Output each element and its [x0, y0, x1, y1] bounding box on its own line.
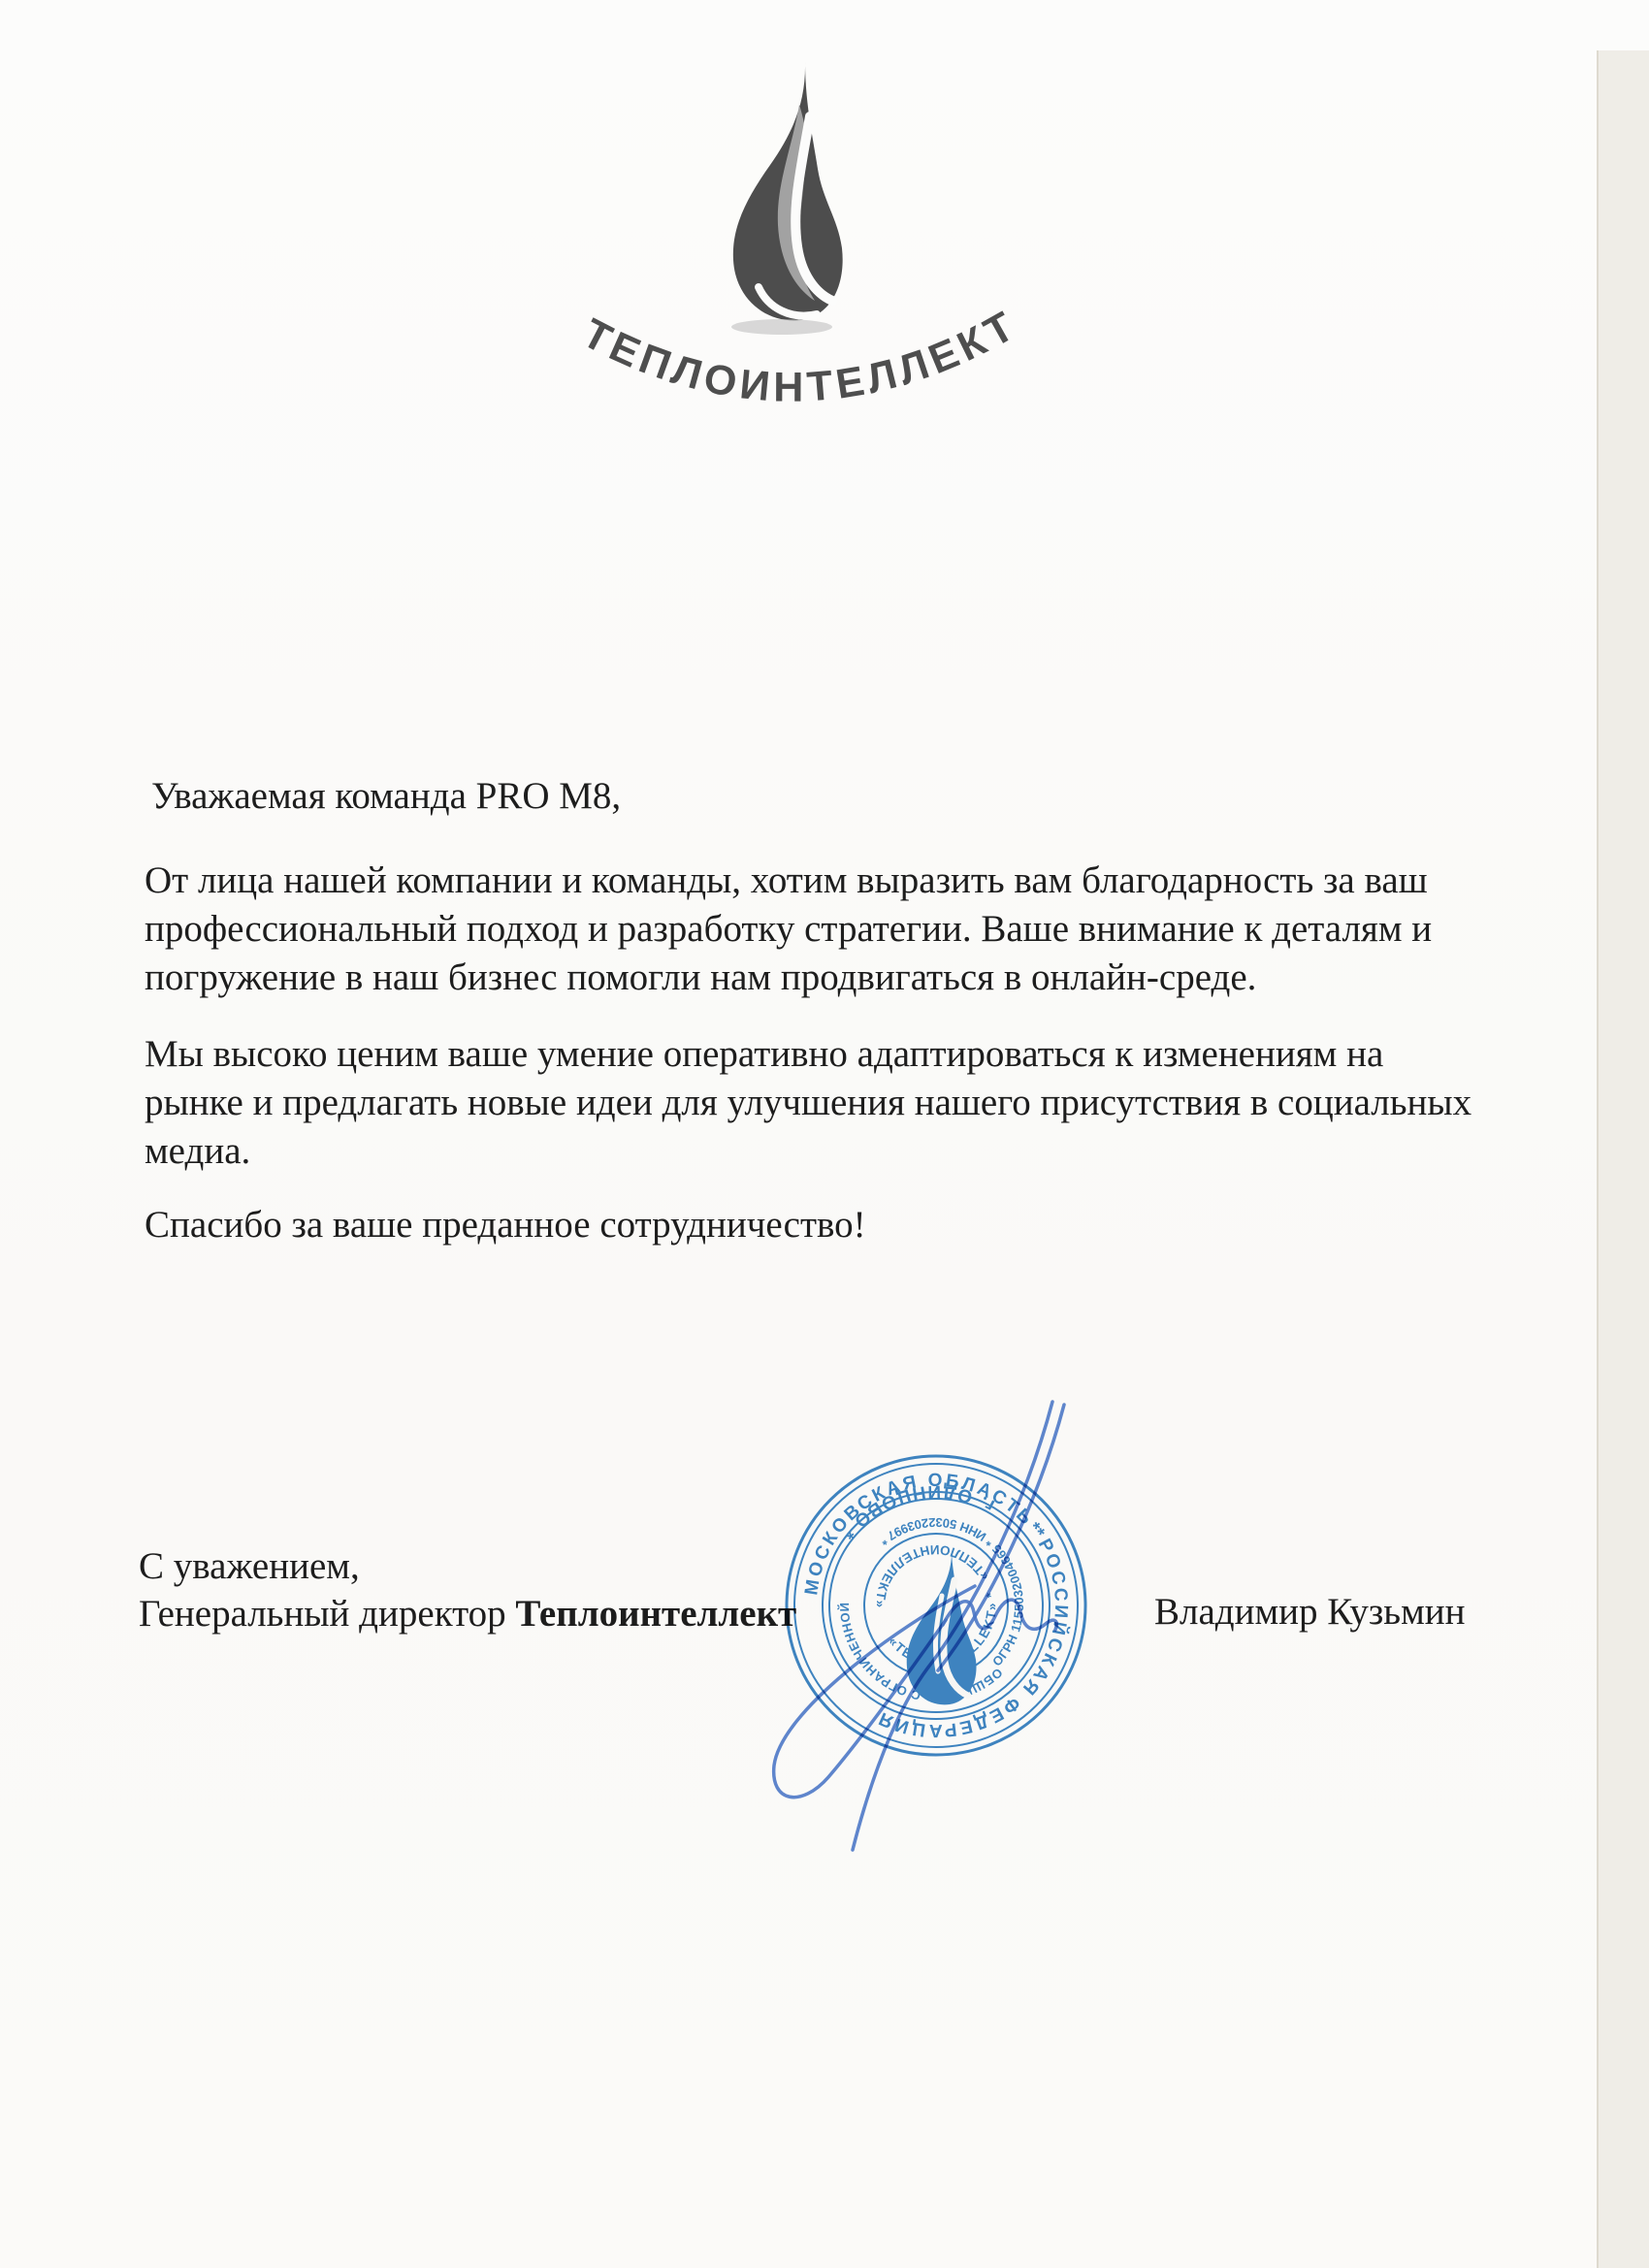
paragraph-line: От лица нашей компании и команды, хотим … [145, 857, 1432, 905]
letter-paragraph-2: Мы высоко ценим ваше умение оперативно а… [145, 1030, 1471, 1176]
signature-loop [774, 1586, 975, 1798]
paragraph-line: медиа. [145, 1127, 1471, 1176]
brand-text: ТЕПЛОИНТЕЛЛЕКТ [575, 301, 1026, 410]
scanned-letter-page: ТЕПЛОИНТЕЛЛЕКТ Уважаемая команда PRO M8,… [0, 0, 1649, 2268]
scan-paper-edge [1597, 50, 1649, 2268]
brand-arc-text: ТЕПЛОИНТЕЛЛЕКТ [558, 283, 1043, 429]
signer-title: Генеральный директор [139, 1593, 515, 1635]
signature-scribble [737, 1377, 1242, 1872]
paragraph-line: профессиональный подход и разработку стр… [145, 905, 1432, 954]
closing-line: С уважением, [139, 1542, 796, 1590]
signature-squiggle [943, 1600, 1056, 1630]
paragraph-line: Спасибо за ваше преданное сотрудничество… [145, 1201, 866, 1249]
letter-paragraph-3: Спасибо за ваше преданное сотрудничество… [145, 1201, 866, 1249]
paragraph-line: рынке и предлагать новые идеи для улучше… [145, 1079, 1471, 1127]
paragraph-line: Мы высоко ценим ваше умение оперативно а… [145, 1030, 1471, 1079]
letter-salutation: Уважаемая команда PRO M8, [151, 772, 621, 821]
signature-stroke [938, 1405, 1064, 1670]
letter-closing: С уважением, Генеральный директор Теплои… [139, 1542, 796, 1637]
paragraph-line: погружение в наш бизнес помогли нам прод… [145, 954, 1432, 1002]
signer-title-line: Генеральный директор Теплоинтеллект [139, 1590, 796, 1637]
letter-paragraph-1: От лица нашей компании и команды, хотим … [145, 857, 1432, 1002]
svg-text:ТЕПЛОИНТЕЛЛЕКТ: ТЕПЛОИНТЕЛЛЕКТ [575, 301, 1026, 410]
signature-stroke [853, 1402, 1052, 1850]
